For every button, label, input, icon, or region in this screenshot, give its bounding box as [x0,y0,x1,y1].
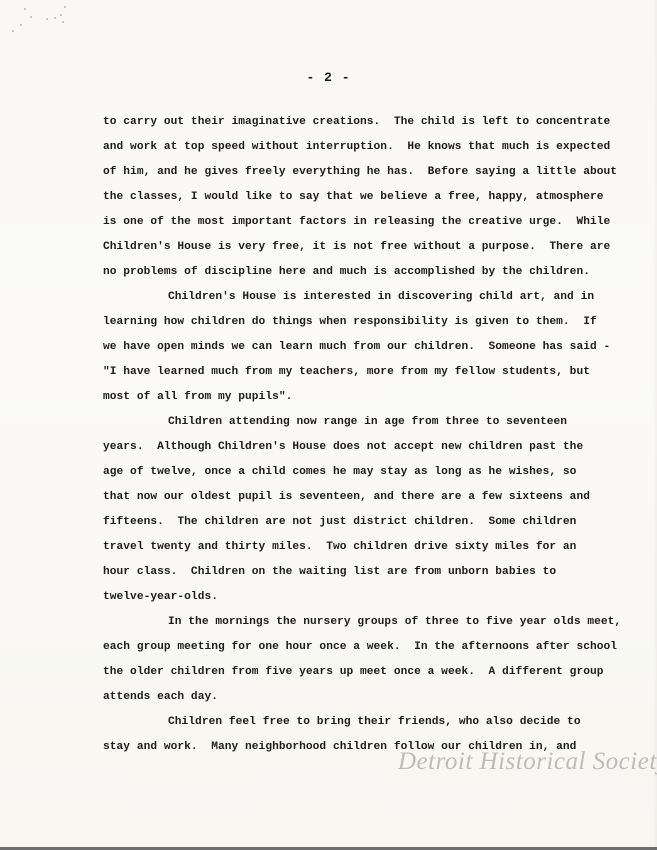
text-line: that now our oldest pupil is seventeen, … [103,485,623,510]
text-line: hour class. Children on the waiting list… [103,560,623,585]
text-line: learning how children do things when res… [103,310,623,335]
text-line: travel twenty and thirty miles. Two chil… [103,535,623,560]
document-page: - 2 - to carry out their imaginative cre… [0,0,657,850]
text-line: is one of the most important factors in … [103,210,623,235]
text-line: attends each day. [103,685,623,710]
typed-body-text: to carry out their imaginative creations… [103,110,623,760]
paragraph-start-line: Children's House is interested in discov… [103,285,623,310]
text-line: of him, and he gives freely everything h… [103,160,623,185]
text-line: the older children from five years up me… [103,660,623,685]
text-line: "I have learned much from my teachers, m… [103,360,623,385]
text-line: most of all from my pupils". [103,385,623,410]
text-line: to carry out their imaginative creations… [103,110,623,135]
page-number: - 2 - [0,70,657,85]
paragraph-start-line: In the mornings the nursery groups of th… [103,610,623,635]
text-line: the classes, I would like to say that we… [103,185,623,210]
paragraph-start-line: Children feel free to bring their friend… [103,710,623,735]
text-line: no problems of discipline here and much … [103,260,623,285]
text-line: and work at top speed without interrupti… [103,135,623,160]
text-line: fifteens. The children are not just dist… [103,510,623,535]
page-edge-shadow [653,0,657,850]
watermark: Detroit Historical Society [398,748,657,776]
text-line: we have open minds we can learn much fro… [103,335,623,360]
text-line: Children's House is very free, it is not… [103,235,623,260]
paragraph-start-line: Children attending now range in age from… [103,410,623,435]
paper-speckles [8,4,68,32]
text-line: twelve-year-olds. [103,585,623,610]
text-line: years. Although Children's House does no… [103,435,623,460]
text-line: age of twelve, once a child comes he may… [103,460,623,485]
text-line: each group meeting for one hour once a w… [103,635,623,660]
